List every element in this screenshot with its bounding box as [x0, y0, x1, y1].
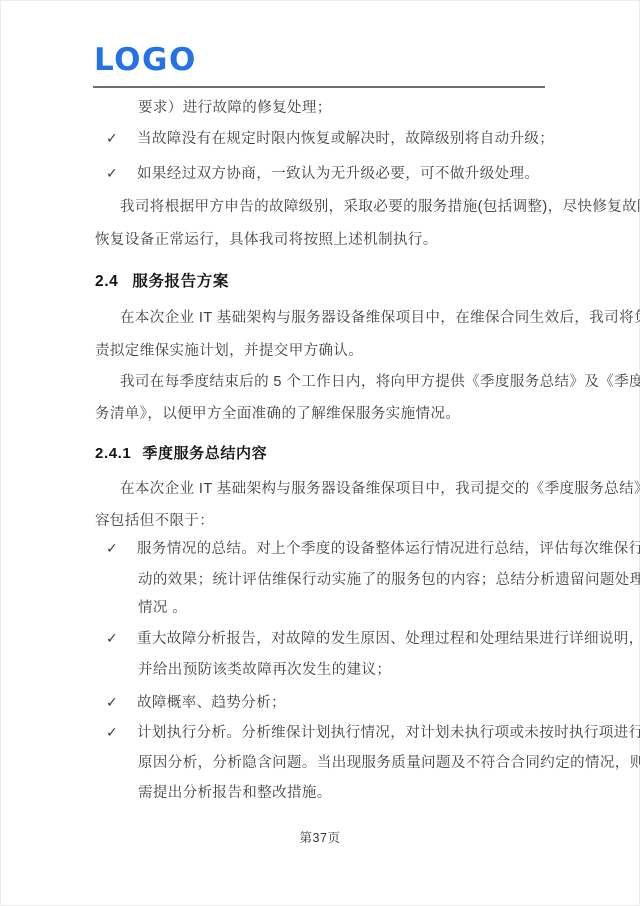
doc-line: 在本次企业 IT 基础架构与服务器设备维保项目中，在维保合同生效后，我司将负 — [120, 308, 640, 328]
doc-line: 容包括但不限于： — [95, 511, 214, 531]
section-heading: 2.4服务报告方案 — [95, 272, 229, 292]
check-bullet-icon: ✓ — [106, 628, 137, 648]
bullet-item: ✓重大故障分析报告，对故障的发生原因、处理过程和处理结果进行详细说明， — [106, 628, 640, 649]
check-bullet-icon: ✓ — [106, 722, 137, 742]
doc-line: 责拟定维保实施计划，并提交甲方确认。 — [95, 341, 363, 361]
company-logo: LOGO — [94, 42, 197, 78]
page-number: 第37页 — [0, 828, 640, 846]
check-bullet-icon: ✓ — [106, 128, 137, 148]
bullet-item: ✓故障概率、趋势分析； — [106, 692, 286, 713]
bullet-item: ✓当故障没有在规定时限内恢复或解决时，故障级别将自动升级； — [106, 128, 554, 149]
section-title: 季度服务总结内容 — [142, 445, 267, 462]
bullet-item: ✓服务情况的总结。对上个季度的设备整体运行情况进行总结，评估每次维保行 — [106, 538, 640, 559]
doc-line: 情况 。 — [138, 598, 187, 618]
bullet-text: 服务情况的总结。对上个季度的设备整体运行情况进行总结，评估每次维保行 — [137, 541, 640, 557]
document-page: LOGO 要求）进行故障的修复处理；✓当故障没有在规定时限内恢复或解决时，故障级… — [0, 0, 640, 906]
bullet-text: 计划执行分析。分析维保计划执行情况，对计划未执行项或未按时执行项进行 — [137, 725, 640, 741]
doc-line: 并给出预防该类故障再次发生的建议； — [138, 660, 391, 680]
section-number: 2.4.1 — [95, 444, 131, 464]
check-bullet-icon: ✓ — [106, 692, 137, 712]
bullet-text: 故障概率、趋势分析； — [137, 695, 286, 711]
doc-line: 动的效果；统计评估维保行动实施了的服务包的内容；总结分析遗留问题处理 — [138, 570, 640, 590]
header-rule — [93, 86, 545, 88]
section-number: 2.4 — [95, 272, 118, 292]
doc-line: 原因分析，分析隐含问题。当出现服务质量问题及不符合合同约定的情况，则 — [138, 753, 640, 773]
bullet-text: 如果经过双方协商，一致认为无升级必要，可不做升级处理。 — [137, 166, 539, 182]
doc-line: 我司在每季度结束后的 5 个工作日内，将向甲方提供《季度服务总结》及《季度服 — [120, 372, 640, 392]
doc-line: 务清单》，以便甲方全面准确的了解维保服务实施情况。 — [95, 404, 460, 424]
bullet-text: 当故障没有在规定时限内恢复或解决时，故障级别将自动升级； — [137, 131, 554, 147]
section-title: 服务报告方案 — [132, 273, 229, 290]
bullet-item: ✓计划执行分析。分析维保计划执行情况，对计划未执行项或未按时执行项进行 — [106, 722, 640, 743]
doc-line: 要求）进行故障的修复处理； — [138, 98, 332, 118]
doc-line: 恢复设备正常运行，具体我司将按照上述机制执行。 — [95, 230, 438, 250]
doc-line: 我司将根据甲方申告的故障级别，采取必要的服务措施(包括调整)，尽快修复故障， — [120, 197, 640, 217]
doc-line: 在本次企业 IT 基础架构与服务器设备维保项目中，我司提交的《季度服务总结》内 — [120, 479, 640, 499]
bullet-text: 重大故障分析报告，对故障的发生原因、处理过程和处理结果进行详细说明， — [137, 631, 640, 647]
bullet-item: ✓如果经过双方协商，一致认为无升级必要，可不做升级处理。 — [106, 163, 539, 184]
check-bullet-icon: ✓ — [106, 163, 137, 183]
doc-line: 需提出分析报告和整改措施。 — [138, 783, 332, 803]
section-heading: 2.4.1季度服务总结内容 — [95, 444, 267, 464]
check-bullet-icon: ✓ — [106, 538, 137, 558]
